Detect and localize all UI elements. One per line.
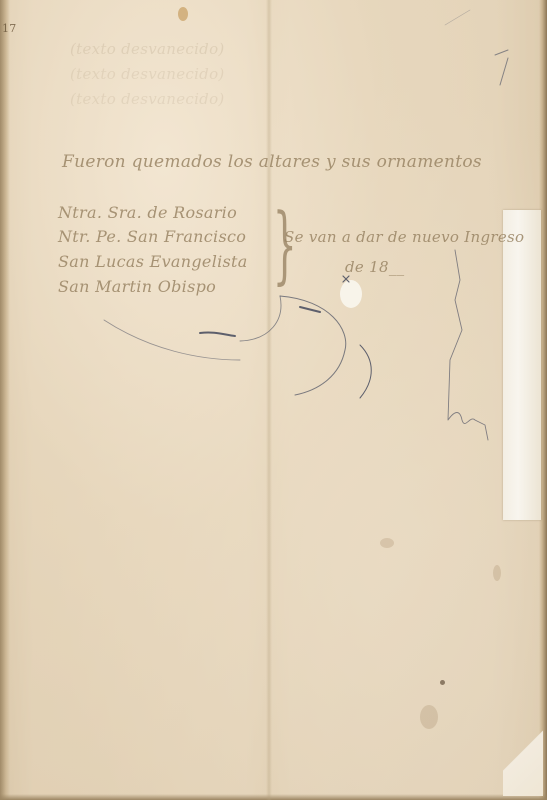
stain-spot xyxy=(178,7,188,21)
altar-item: San Lucas Evangelista xyxy=(58,252,248,271)
faded-text-line: (texto desvanecido) xyxy=(70,90,225,108)
manuscript-page: 17 (texto desvanecido) (texto desvanecid… xyxy=(0,0,547,800)
paper-damage-spot xyxy=(340,280,362,308)
faded-text-line: (texto desvanecido) xyxy=(70,65,225,83)
center-fold-line xyxy=(266,0,272,800)
dash-mark xyxy=(300,307,320,312)
curved-stroke-left xyxy=(104,320,240,360)
stain-spot xyxy=(380,538,394,548)
curved-stroke-center xyxy=(240,296,281,341)
pencil-mark-top-right xyxy=(445,10,470,25)
stain-spot xyxy=(493,565,501,581)
stain-spot xyxy=(420,705,438,729)
dash-mark xyxy=(200,332,235,336)
repair-tape-strip xyxy=(503,210,541,520)
page-bottom-edge xyxy=(0,794,547,800)
pencil-scribble-right xyxy=(448,250,488,440)
pencil-mark-top-right xyxy=(495,50,508,85)
tail-stroke xyxy=(360,345,371,398)
altar-item: Ntra. Sra. de Rosario xyxy=(58,203,237,222)
altar-item: San Martin Obispo xyxy=(58,277,216,296)
corner-page-number: 17 xyxy=(2,22,17,35)
stain-spot xyxy=(440,680,445,685)
heading-line: Fueron quemados los altares y sus orname… xyxy=(62,152,482,172)
date-note: de 18__ xyxy=(345,258,404,276)
side-note: Se van a dar de nuevo Ingreso xyxy=(284,228,524,246)
page-left-edge xyxy=(0,0,10,800)
torn-corner xyxy=(503,726,543,796)
d-shape-stroke xyxy=(280,296,346,395)
pencil-marks xyxy=(0,0,547,800)
faded-text-line: (texto desvanecido) xyxy=(70,40,225,58)
altar-item: Ntr. Pe. San Francisco xyxy=(58,227,246,246)
